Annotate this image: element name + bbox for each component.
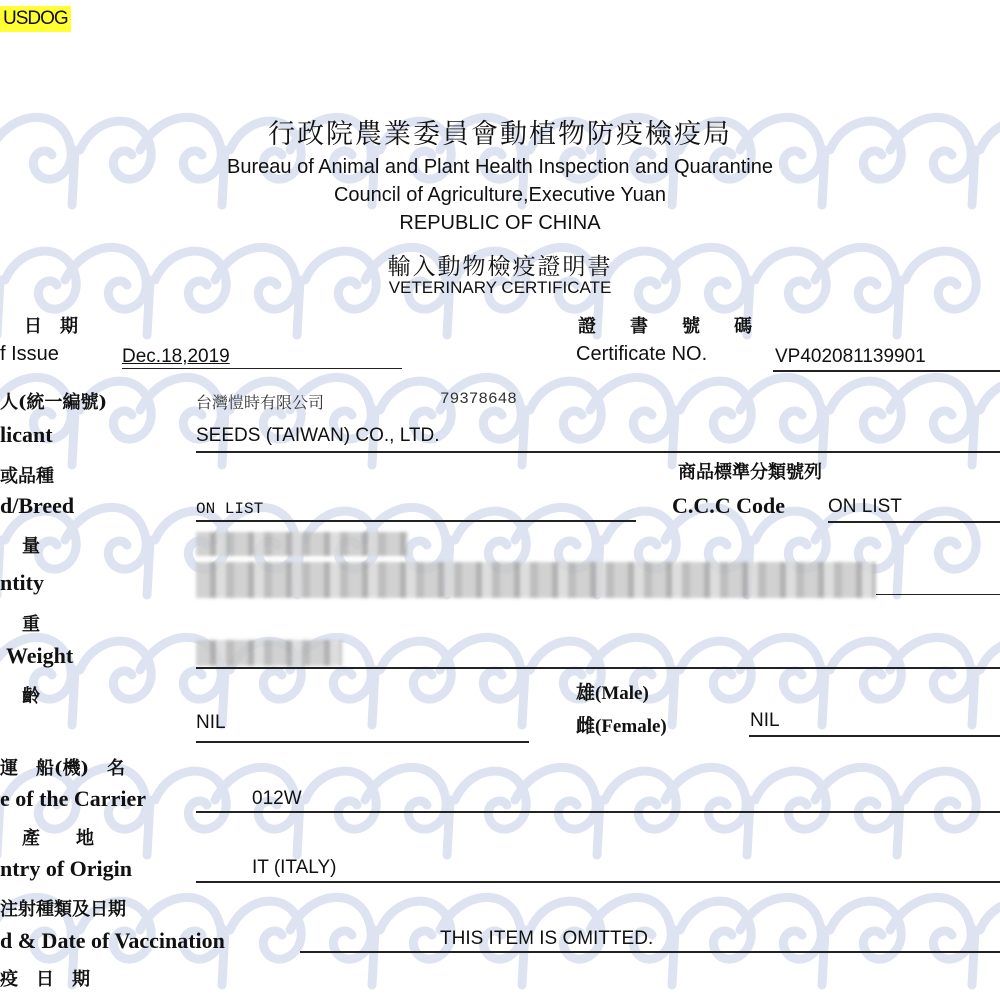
quantity-redacted-line-1 (196, 532, 408, 556)
carrier-label-zh: 運 船(機) 名 (0, 754, 125, 780)
certificate-no-label-en: Certificate NO. (576, 343, 707, 366)
origin-value: IT (ITALY) (252, 857, 336, 879)
age-label-zh: 齡 (22, 682, 40, 708)
ccc-code-label-zh: 商品標準分類號列 (678, 458, 822, 484)
date-of-issue-value: Dec.18,2019 (122, 346, 230, 368)
weight-label-zh: 重 (22, 610, 40, 636)
country-name: REPUBLIC OF CHINA (0, 212, 1000, 235)
breed-label-zh: 或品種 (0, 462, 54, 488)
quarantine-date-label-zh: 疫 日 期 (0, 965, 90, 991)
certificate-no-label-zh: 證 書 號 碼 (578, 312, 760, 338)
quantity-label-zh: 量 (22, 532, 40, 558)
sex-male-label: 雄(Male) (576, 678, 649, 705)
date-label-en: f Issue (0, 343, 59, 366)
council-name: Council of Agriculture,Executive Yuan (0, 184, 1000, 207)
document-title-zh: 輸入動物檢疫證明書 (0, 248, 1000, 281)
ccc-code-underline (828, 521, 1000, 523)
applicant-id-number: 79378648 (440, 390, 517, 408)
weight-redacted (196, 640, 342, 666)
carrier-value: 012W (252, 788, 302, 810)
origin-underline (196, 881, 1000, 883)
breed-label-en: d/Breed (0, 493, 74, 519)
document-title-en: VETERINARY CERTIFICATE (0, 278, 1000, 298)
carrier-label-en: e of the Carrier (0, 786, 146, 812)
certificate-no-underline (773, 370, 1000, 372)
applicant-value: SEEDS (TAIWAN) CO., LTD. (196, 425, 440, 447)
applicant-label-en: licant (0, 422, 53, 448)
age-value: NIL (196, 712, 226, 734)
weight-underline (196, 667, 1000, 669)
carrier-underline (196, 811, 1000, 813)
certificate-no-value: VP402081139901 (775, 346, 926, 368)
breed-underline (196, 520, 636, 522)
quantity-redacted-line-2 (196, 562, 876, 598)
applicant-label-zh: 人(統一編號) (0, 388, 107, 414)
highlight-tag: USDOG (0, 6, 71, 32)
applicant-underline (196, 451, 1000, 453)
agency-title-zh: 行政院農業委員會動植物防疫檢疫局 (0, 112, 1000, 151)
breed-value: ON LIST (196, 500, 263, 518)
applicant-name-zh: 台灣愷時有限公司 (196, 390, 324, 413)
origin-label-en: ntry of Origin (0, 856, 132, 882)
age-underline (196, 741, 529, 743)
sex-value: NIL (750, 710, 780, 732)
agency-title-en: Bureau of Animal and Plant Health Inspec… (0, 156, 1000, 179)
ccc-code-value: ON LIST (828, 496, 902, 518)
date-label-zh: 日 期 (24, 312, 78, 338)
sex-female-label: 雌(Female) (576, 711, 667, 738)
vaccination-underline (300, 951, 1000, 953)
quantity-underline (876, 594, 1000, 595)
vaccination-value: THIS ITEM IS OMITTED. (440, 928, 653, 950)
origin-label-zh: 產 地 (22, 824, 94, 850)
quantity-label-en: ntity (0, 570, 44, 596)
sex-underline (749, 735, 1000, 737)
ccc-code-label-en: C.C.C Code (672, 493, 785, 519)
vaccination-label-en: d & Date of Vaccination (0, 928, 225, 954)
weight-label-en: Weight (6, 643, 73, 669)
date-underline (122, 368, 402, 369)
vaccination-label-zh: 注射種類及日期 (0, 895, 126, 921)
